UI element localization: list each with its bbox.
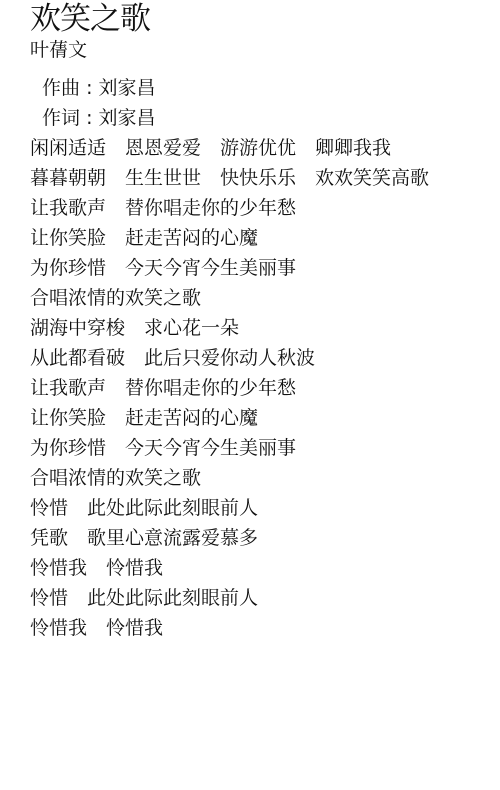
lyric-line: 合唱浓情的欢笑之歌 <box>30 283 500 313</box>
lyrics-page: 欢笑之歌 叶蒨文 作曲 : 刘家昌 作词 : 刘家昌 闲闲适适 恩恩爱爱 游游优… <box>0 0 500 643</box>
lyric-line: 合唱浓情的欢笑之歌 <box>30 463 500 493</box>
lyric-line: 怜惜我 怜惜我 <box>30 553 500 583</box>
lyric-line: 凭歌 歌里心意流露爱慕多 <box>30 523 500 553</box>
lyricist-credit: 作词 : 刘家昌 <box>30 103 500 133</box>
lyric-line: 闲闲适适 恩恩爱爱 游游优优 卿卿我我 <box>30 133 500 163</box>
lyric-line: 湖海中穿梭 求心花一朵 <box>30 313 500 343</box>
song-title: 欢笑之歌 <box>30 0 500 37</box>
lyric-line: 让我歌声 替你唱走你的少年愁 <box>30 373 500 403</box>
lyric-line: 为你珍惜 今天今宵今生美丽事 <box>30 433 500 463</box>
lyric-line: 从此都看破 此后只爱你动人秋波 <box>30 343 500 373</box>
lyric-line: 让我歌声 替你唱走你的少年愁 <box>30 193 500 223</box>
composer-credit: 作曲 : 刘家昌 <box>30 73 500 103</box>
lyric-line: 让你笑脸 赶走苦闷的心魔 <box>30 223 500 253</box>
lyric-line: 为你珍惜 今天今宵今生美丽事 <box>30 253 500 283</box>
song-artist: 叶蒨文 <box>30 37 500 63</box>
lyric-line: 怜惜我 怜惜我 <box>30 613 500 643</box>
lyric-line: 怜惜 此处此际此刻眼前人 <box>30 493 500 523</box>
lyrics-body: 作曲 : 刘家昌 作词 : 刘家昌 闲闲适适 恩恩爱爱 游游优优 卿卿我我 暮暮… <box>30 73 500 643</box>
lyric-line: 让你笑脸 赶走苦闷的心魔 <box>30 403 500 433</box>
lyric-line: 暮暮朝朝 生生世世 快快乐乐 欢欢笑笑高歌 <box>30 163 500 193</box>
lyric-line: 怜惜 此处此际此刻眼前人 <box>30 583 500 613</box>
